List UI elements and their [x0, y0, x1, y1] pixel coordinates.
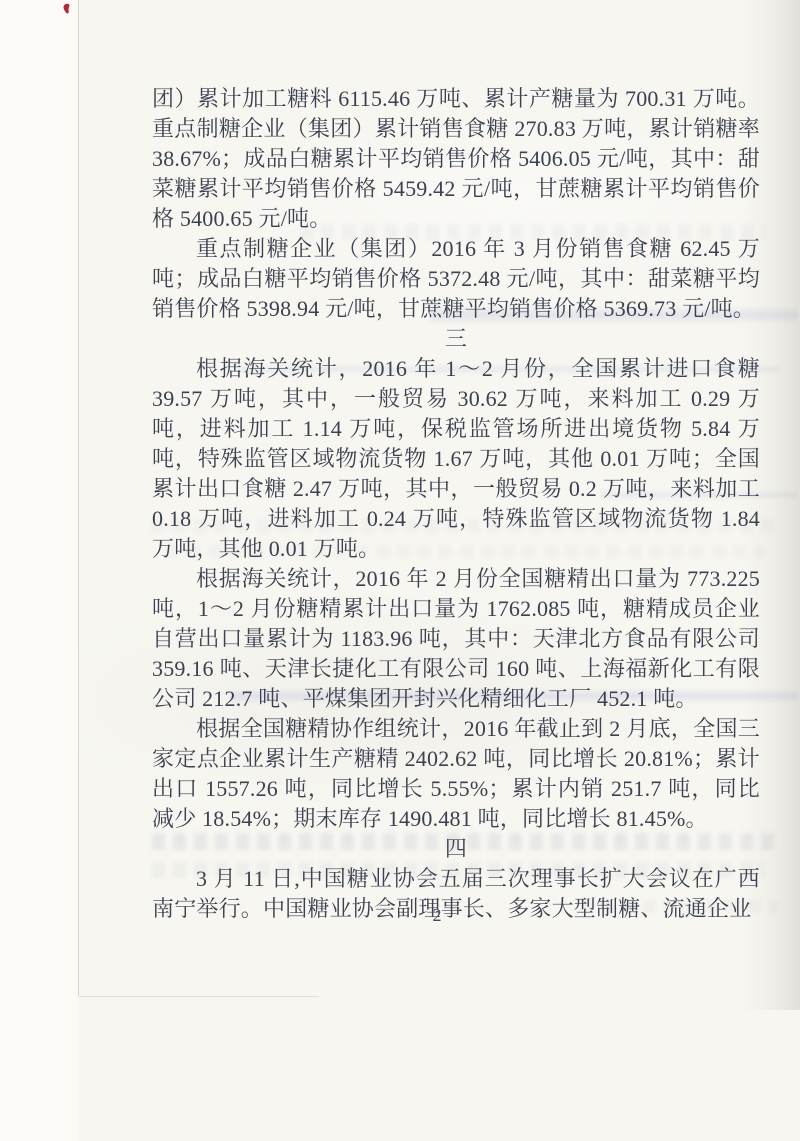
page-number: 2 — [152, 905, 722, 926]
document-text-column: 团）累计加工糖料 6115.46 万吨、累计产糖量为 700.31 万吨。重点制… — [152, 84, 760, 924]
section-heading-3: 三 — [152, 324, 760, 354]
page-edge-line — [78, 0, 79, 996]
body-paragraph: 根据海关统计，2016 年 1～2 月份，全国累计进口食糖 39.57 万吨，其… — [152, 354, 760, 564]
body-paragraph: 重点制糖企业（集团）2016 年 3 月份销售食糖 62.45 万吨；成品白糖平… — [152, 234, 760, 324]
body-paragraph: 团）累计加工糖料 6115.46 万吨、累计产糖量为 700.31 万吨。重点制… — [152, 84, 760, 234]
page-bottom-edge-line — [79, 996, 319, 997]
red-ink-mark — [62, 3, 71, 15]
scanned-document-page: { "colors": { "paper": "#f7f6f1", "scann… — [0, 0, 800, 1141]
section-heading-4: 四 — [152, 834, 760, 864]
scanner-background-strip — [0, 0, 78, 1141]
body-paragraph: 根据海关统计，2016 年 2 月份全国糖精出口量为 773.225 吨，1～2… — [152, 564, 760, 714]
body-paragraph: 根据全国糖精协作组统计，2016 年截止到 2 月底，全国三家定点企业累计生产糖… — [152, 714, 760, 834]
